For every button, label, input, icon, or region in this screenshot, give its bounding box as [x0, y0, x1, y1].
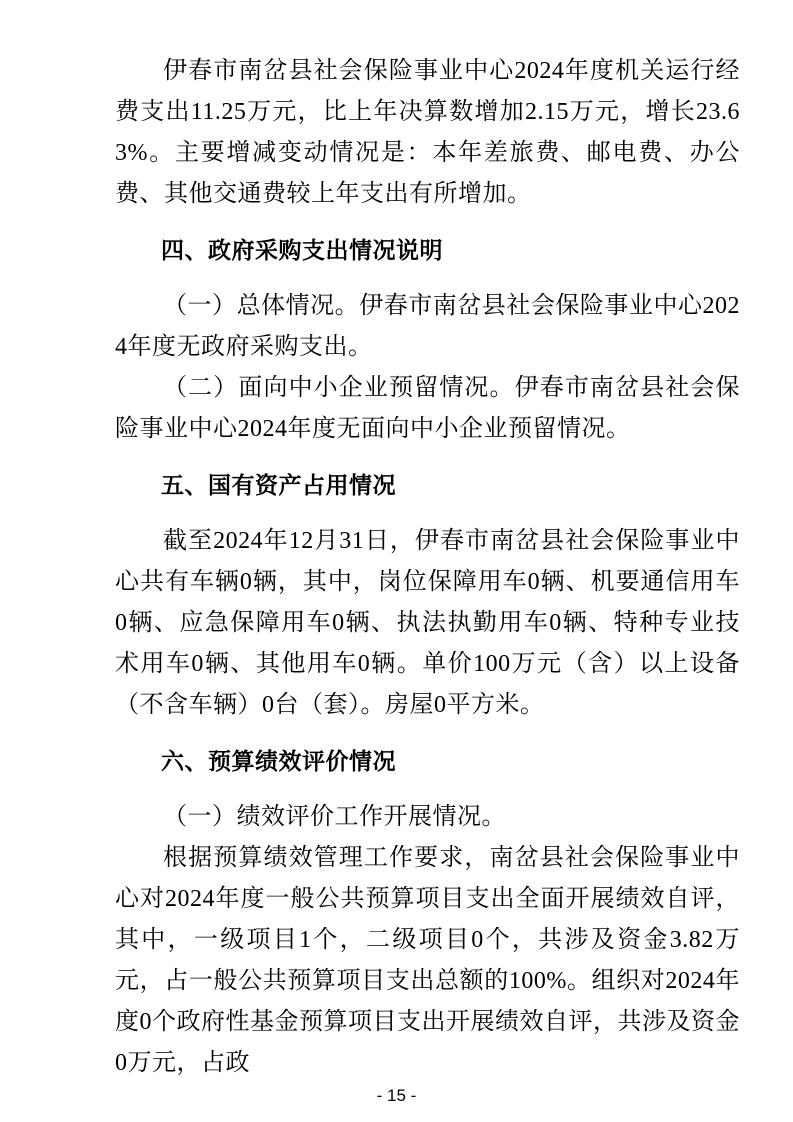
page-number: - 15 -: [0, 1086, 793, 1106]
document-page: 伊春市南岔县社会保险事业中心2024年度机关运行经费支出11.25万元，比上年决…: [0, 0, 793, 1122]
page-content: 伊春市南岔县社会保险事业中心2024年度机关运行经费支出11.25万元，比上年决…: [115, 51, 740, 1084]
heading-section-5-state-assets: 五、国有资产占用情况: [115, 465, 740, 506]
heading-section-6-budget-performance: 六、预算绩效评价情况: [115, 741, 740, 782]
paragraph-state-assets-occupancy: 截至2024年12月31日，伊春市南岔县社会保险事业中心共有车辆0辆，其中，岗位…: [115, 521, 740, 726]
paragraph-procurement-overall-situation: （一）总体情况。伊春市南岔县社会保险事业中心2024年度无政府采购支出。: [115, 286, 740, 368]
paragraph-sme-reservation: （二）面向中小企业预留情况。伊春市南岔县社会保险事业中心2024年度无面向中小企…: [115, 368, 740, 450]
paragraph-performance-evaluation-subtitle: （一）绩效评价工作开展情况。: [115, 797, 740, 838]
paragraph-operating-expenses: 伊春市南岔县社会保险事业中心2024年度机关运行经费支出11.25万元，比上年决…: [115, 51, 740, 215]
heading-section-4-government-procurement: 四、政府采购支出情况说明: [115, 230, 740, 271]
paragraph-performance-self-evaluation: 根据预算绩效管理工作要求，南岔县社会保险事业中心对2024年度一般公共预算项目支…: [115, 838, 740, 1084]
